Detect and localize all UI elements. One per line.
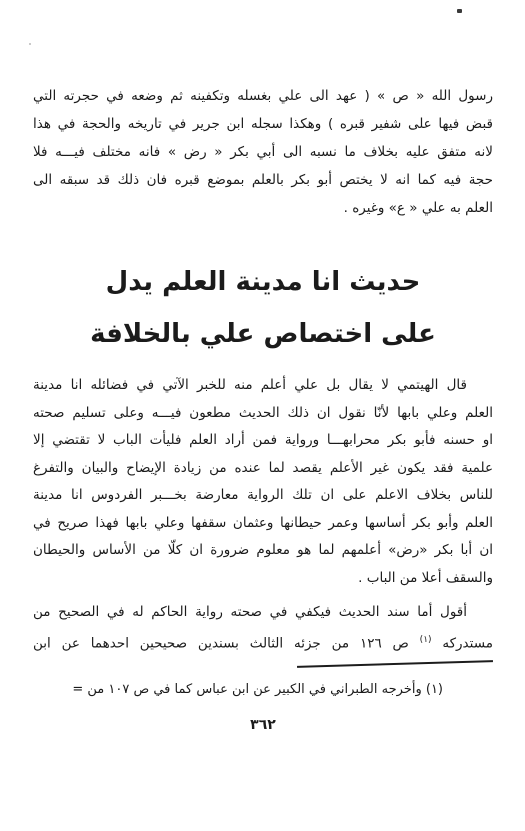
book-page: رسول الله « ص » ( عهد الى علي بغسله وتكف… — [0, 0, 525, 831]
text-line: أقول أما سند الحديث فيكفي في صحته رواية … — [33, 599, 493, 627]
page-number: ٣٦٢ — [33, 717, 493, 733]
page-content: رسول الله « ص » ( عهد الى علي بغسله وتكف… — [33, 0, 493, 733]
chapter-heading: حديث انا مدينة العلم يدل على اختصاص علي … — [33, 256, 493, 360]
text-line: لانه متفق عليه بخلاف ما نسبه الى أبي بكر… — [33, 138, 493, 166]
text-line: او حسنه فأبو بكر محرابهـــا ورواية فمن أ… — [33, 427, 493, 455]
text-segment: ص ١٢٦ من جزئه الثالث بسندين صحيحين احدهم… — [33, 635, 420, 651]
footnote: (١) وأخرجه الطبراني في الكبير عن ابن عبا… — [33, 677, 493, 703]
text-line: العلم وأبو بكر أساسها وعمر حيطانها وعثما… — [33, 510, 493, 538]
footnote-reference-marker: (١) — [420, 635, 432, 645]
text-line: رسول الله « ص » ( عهد الى علي بغسله وتكف… — [33, 82, 493, 110]
scan-speck — [29, 43, 31, 45]
text-line: قبض فيها على شفير قبره ) وهكذا سجله ابن … — [33, 110, 493, 138]
author-reply-paragraph: أقول أما سند الحديث فيكفي في صحته رواية … — [33, 599, 493, 654]
text-line: للناس بخلاف الاعلم على ان تلك الرواية مع… — [33, 482, 493, 510]
text-line: العلم به علي « ع» وغيره . — [33, 194, 493, 222]
text-segment: مستدركه — [432, 635, 493, 651]
text-line: ان أبا بكر «رض» أعلمهم لما هو معلوم ضرور… — [33, 537, 493, 565]
text-line-with-footnote-marker: مستدركه (١) ص ١٢٦ من جزئه الثالث بسندين … — [33, 627, 493, 655]
haytami-quote-paragraph: قال الهيتمي لا يقال بل علي أعلم منه للخب… — [33, 372, 493, 592]
text-line: حجة فيه كما انه لا يختص أبو بكر بالعلم ب… — [33, 166, 493, 194]
chapter-heading-line-1: حديث انا مدينة العلم يدل — [33, 256, 493, 308]
text-line: العلم وعلي بابها لأنّا نقول ان ذلك الحدي… — [33, 400, 493, 428]
intro-paragraph: رسول الله « ص » ( عهد الى علي بغسله وتكف… — [33, 82, 493, 222]
text-line: والسقف أعلا من الباب . — [33, 565, 493, 593]
text-line: علمية فقد يكون غير الأعلم يقصد لما عنده … — [33, 455, 493, 483]
chapter-heading-line-2: على اختصاص علي بالخلافة — [33, 308, 493, 360]
footnote-separator-rule — [297, 660, 493, 668]
text-line: قال الهيتمي لا يقال بل علي أعلم منه للخب… — [33, 372, 493, 400]
